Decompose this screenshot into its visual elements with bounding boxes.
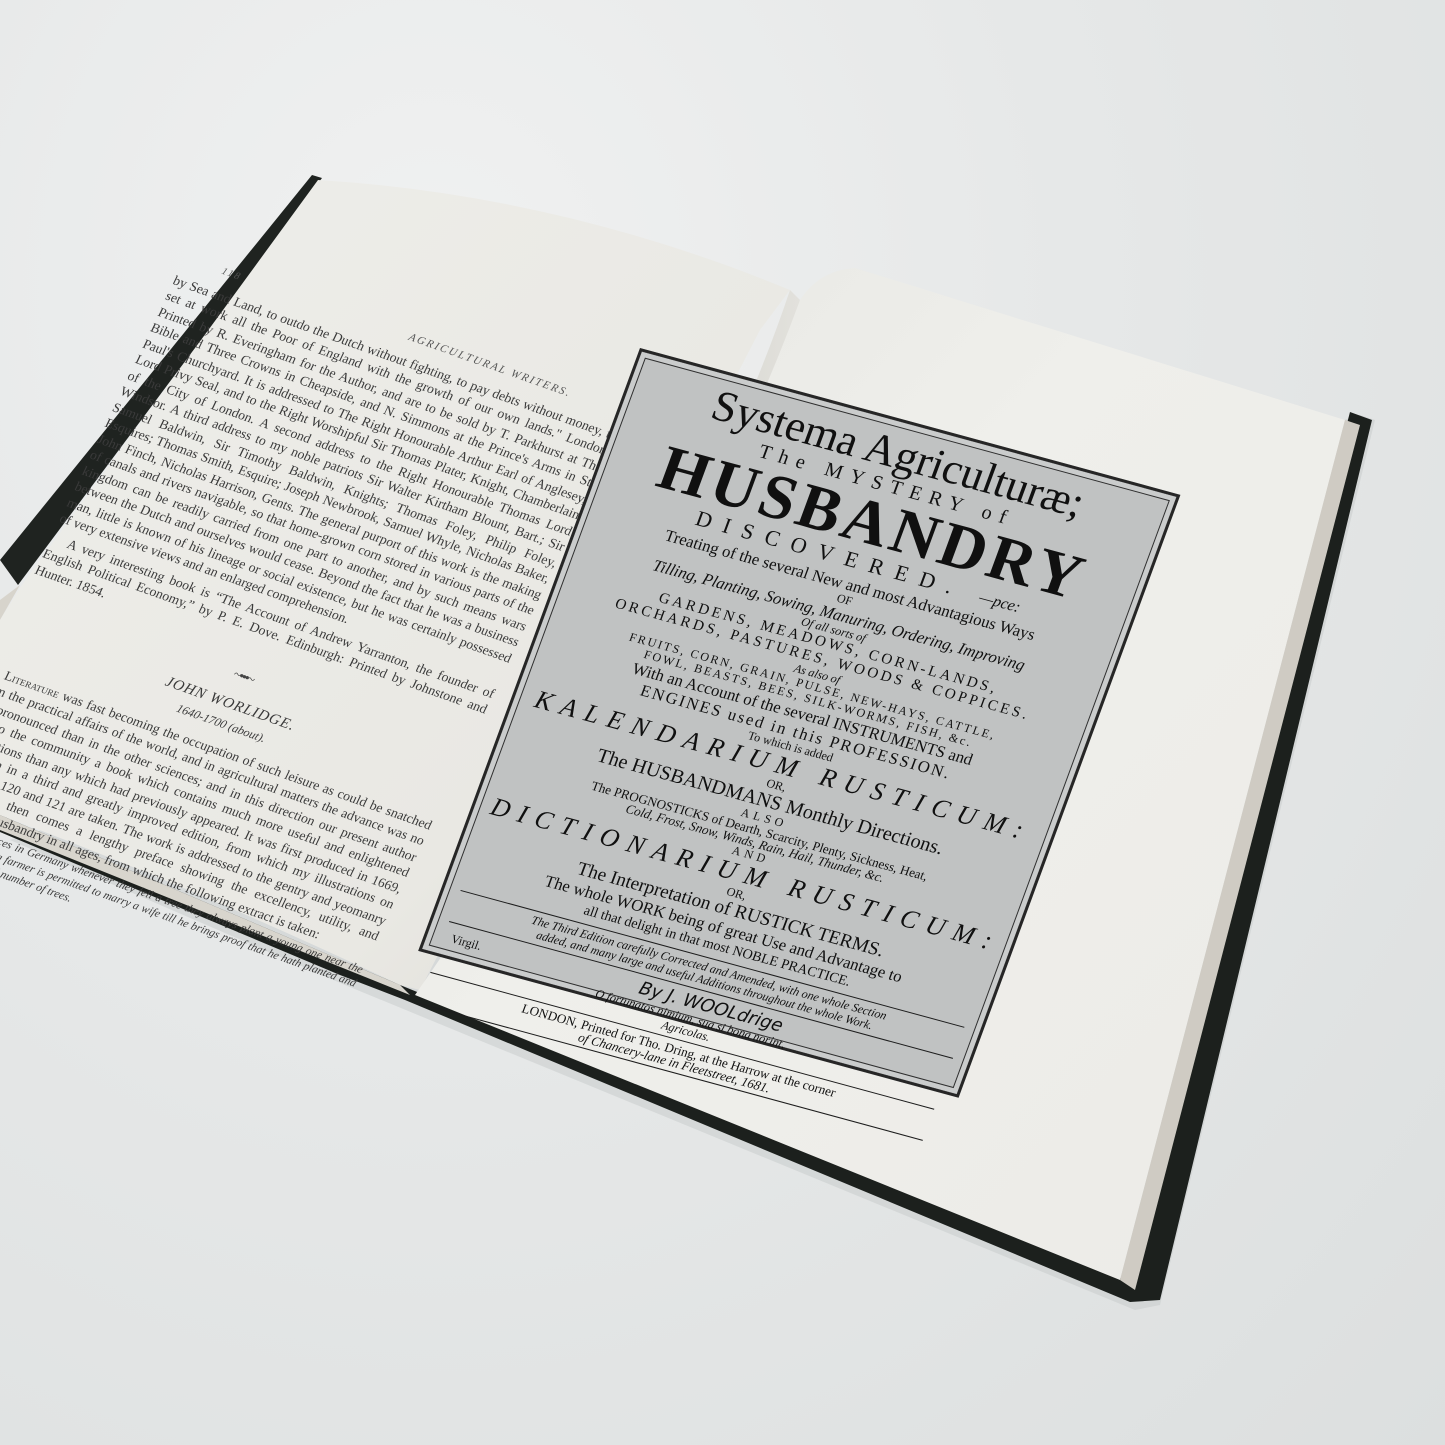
photo-scene: 118 AGRICULTURAL WRITERS. by Sea and Lan…	[0, 0, 1445, 1445]
